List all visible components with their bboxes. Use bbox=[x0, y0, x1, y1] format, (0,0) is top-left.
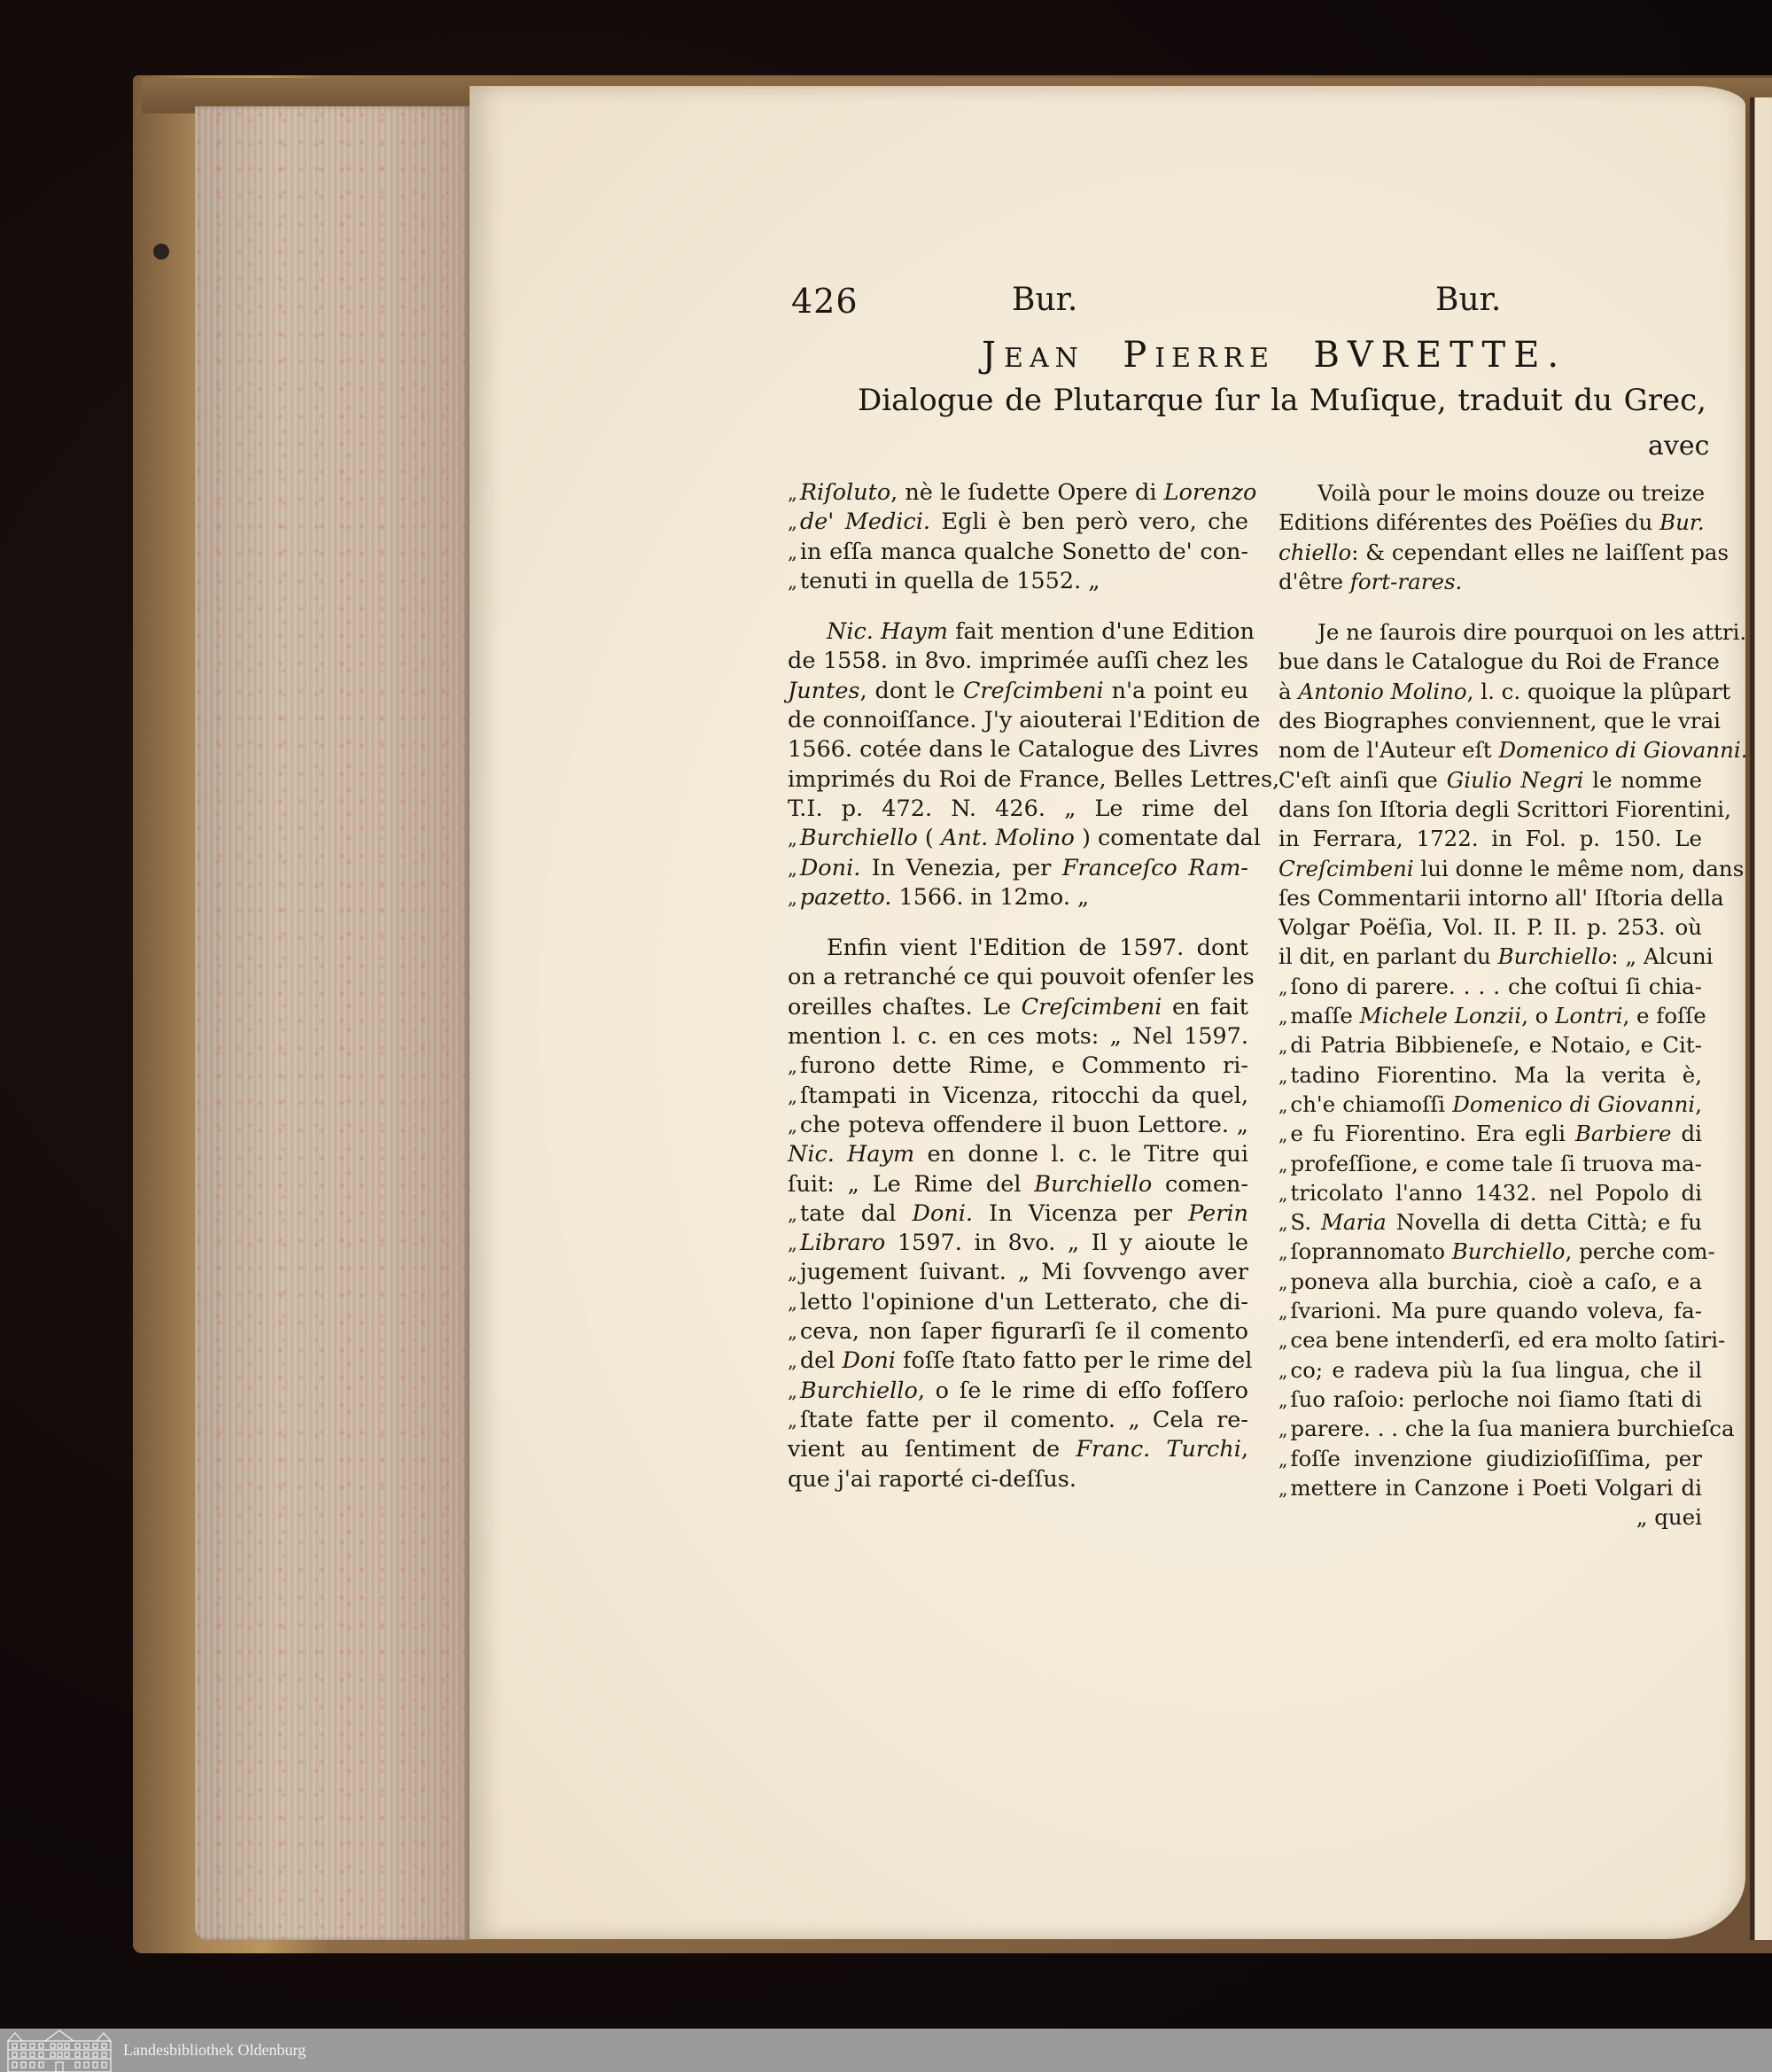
text-line: „tate dal Doni. In Vicenza per Perin bbox=[788, 1199, 1248, 1229]
text-line: „ſvarioni. Ma pure quando voleva, fa- bbox=[1278, 1296, 1702, 1325]
text-line: „che poteva offendere il buon Lettore. „ bbox=[788, 1111, 1248, 1140]
quotation-mark: „ bbox=[1278, 1006, 1287, 1028]
quotation-mark: „ bbox=[788, 828, 797, 850]
text-line: chiello: & cependant elles ne laiſſent p… bbox=[1278, 538, 1702, 567]
facing-page-edge bbox=[1750, 97, 1772, 1940]
roman-text: : „ Alcuni bbox=[1611, 943, 1713, 969]
italic-text: Creſcimbeni bbox=[963, 678, 1104, 704]
text-line: „ſtampati in Vicenza, ritocchi da quel, bbox=[788, 1082, 1248, 1111]
roman-text: ſtampati in Vicenza, ritocchi da quel, bbox=[800, 1083, 1248, 1109]
quotation-mark: „ bbox=[788, 1086, 797, 1107]
text-line: T.I. p. 472. N. 426. „ Le rime del bbox=[788, 795, 1248, 824]
italic-text: Creſcimbeni bbox=[1022, 994, 1162, 1020]
text-line: Je ne ſaurois dire pourquoi on les attri… bbox=[1278, 617, 1702, 647]
roman-text: In Venezia, per bbox=[860, 855, 1061, 881]
quotation-mark: „ bbox=[1278, 1272, 1287, 1293]
text-line: „foſſe invenzione giudizioſiſſima, per bbox=[1278, 1444, 1702, 1473]
quotation-mark: „ bbox=[1278, 1066, 1287, 1087]
roman-text: en fait bbox=[1162, 994, 1248, 1020]
quotation-mark: „ bbox=[1278, 1124, 1287, 1145]
roman-text: oreilles chaſtes. Le bbox=[788, 994, 1022, 1020]
quotation-mark: „ bbox=[1278, 1390, 1287, 1411]
quotation-mark: „ bbox=[788, 1115, 797, 1137]
roman-text: ( bbox=[918, 825, 941, 851]
text-line: „tenuti in quella de 1552. „ bbox=[788, 567, 1248, 596]
paragraph-gap bbox=[788, 912, 1248, 934]
quotation-mark: „ bbox=[788, 1322, 797, 1343]
text-line: d'être fort-rares. bbox=[1278, 567, 1702, 596]
page-number: 426 bbox=[791, 282, 859, 321]
roman-text: , bbox=[1241, 1436, 1248, 1463]
author-surname: BVRETTE. bbox=[1314, 335, 1567, 376]
quotation-mark: „ bbox=[788, 571, 797, 593]
roman-text: che poteva offendere il buon Lettore. „ bbox=[800, 1112, 1248, 1138]
roman-text: del bbox=[800, 1347, 843, 1374]
text-line: „Doni. In Venezia, per Franceſco Ram- bbox=[788, 854, 1248, 883]
italic-text: Lontri bbox=[1555, 1003, 1622, 1028]
text-line: „ſoprannomato Burchiello, perche com- bbox=[1278, 1237, 1702, 1266]
text-line: „parere. . . che la ſua maniera burchieſ… bbox=[1278, 1414, 1702, 1443]
roman-text: foſſe ſtato fatto per le rime del bbox=[896, 1347, 1253, 1374]
running-head-left: Bur. bbox=[1012, 282, 1077, 318]
quotation-mark: „ bbox=[788, 1351, 797, 1372]
roman-text: tricolato l'anno 1432. nel Popolo di bbox=[1290, 1180, 1702, 1206]
text-line: „del Doni foſſe ſtato fatto per le rime … bbox=[788, 1346, 1248, 1376]
text-line: „di Patria Bibbieneſe, e Notaio, e Cit- bbox=[1278, 1030, 1702, 1059]
roman-text: ſono di parere. . . . che coſtui ſi chia… bbox=[1290, 974, 1702, 999]
text-line: „Burchiello ( Ant. Molino ) comentate da… bbox=[788, 824, 1248, 853]
paragraph-gap bbox=[788, 596, 1248, 617]
text-line: in Ferrara, 1722. in Fol. p. 150. Le bbox=[1278, 824, 1702, 853]
roman-text: ſtate fatte per il comento. „ Cela re- bbox=[800, 1407, 1248, 1433]
roman-text: , e foſſe bbox=[1622, 1003, 1706, 1028]
text-line: „tadino Fiorentino. Ma la verita è, bbox=[1278, 1060, 1702, 1090]
roman-text: Je ne ſaurois dire pourquoi on les attri… bbox=[1317, 619, 1746, 645]
roman-text: de connoiſſance. J'y aiouterai l'Edition… bbox=[788, 707, 1260, 733]
italic-text: Franceſco Ram- bbox=[1062, 855, 1248, 881]
roman-text: tadino Fiorentino. Ma la verita è, bbox=[1290, 1062, 1702, 1088]
roman-text: : & cependant elles ne laiſſent pas bbox=[1351, 539, 1729, 565]
italic-text: Domenico di Giovanni. bbox=[1498, 737, 1747, 763]
roman-text: ſoprannomato bbox=[1290, 1238, 1451, 1264]
text-line: on a retranché ce qui pouvoit ofenſer le… bbox=[788, 963, 1248, 992]
quotation-mark: „ bbox=[788, 512, 797, 533]
roman-text: e fu Fiorentino. Era egli bbox=[1290, 1121, 1575, 1146]
text-line: ſuit: „ Le Rime del Burchiello comen- bbox=[788, 1170, 1248, 1199]
roman-text: vient au ſentiment de bbox=[788, 1436, 1076, 1463]
roman-text: cea bene intenderſi, ed era molto ſatiri… bbox=[1290, 1327, 1725, 1353]
text-line: „pazetto. 1566. in 12mo. „ bbox=[788, 883, 1248, 912]
quotation-mark: „ bbox=[788, 1292, 797, 1314]
text-line: „Libraro 1597. in 8vo. „ Il y aioute le bbox=[788, 1229, 1248, 1258]
text-line: nom de l'Auteur eſt Domenico di Giovanni… bbox=[1278, 735, 1702, 764]
quotation-mark: „ bbox=[1278, 1361, 1287, 1382]
roman-text: „ quei bbox=[1636, 1504, 1702, 1530]
roman-text: il dit, en parlant du bbox=[1278, 943, 1498, 969]
roman-text: poneva alla burchia, cioè a caſo, e a bbox=[1290, 1269, 1702, 1294]
italic-text: Creſcimbeni bbox=[1278, 856, 1414, 881]
italic-text: Lorenzo bbox=[1164, 479, 1257, 506]
roman-text: le nomme bbox=[1583, 767, 1702, 793]
roman-text: Volgar Poëſia, Vol. II. P. II. p. 253. o… bbox=[1278, 914, 1702, 940]
text-line: „Riſoluto, nè le ſudette Opere di Lorenz… bbox=[788, 478, 1248, 508]
quotation-mark: „ bbox=[1278, 977, 1287, 998]
italic-text: Doni. bbox=[800, 855, 860, 881]
roman-text: Editions diférentes des Poëſies du bbox=[1278, 509, 1659, 535]
roman-text: foſſe invenzione giudizioſiſſima, per bbox=[1290, 1446, 1702, 1471]
text-line: de 1558. in 8vo. imprimée auſſi chez les bbox=[788, 647, 1248, 676]
italic-text: Libraro bbox=[800, 1230, 885, 1256]
text-line: „ſuo raſoio: perloche noi ſiamo ſtati di bbox=[1278, 1385, 1702, 1414]
italic-text: Burchiello bbox=[800, 825, 918, 851]
text-line: „jugement ſuivant. „ Mi ſovvengo aver bbox=[788, 1258, 1248, 1287]
running-head-right: Bur. bbox=[1435, 282, 1501, 318]
roman-text: ) comentate dal bbox=[1075, 825, 1261, 851]
text-line: oreilles chaſtes. Le Creſcimbeni en fait bbox=[788, 993, 1248, 1022]
italic-text: Michele Lonzii bbox=[1360, 1003, 1521, 1028]
italic-text: Burchiello bbox=[1498, 943, 1612, 969]
text-line: „tricolato l'anno 1432. nel Popolo di bbox=[1278, 1178, 1702, 1207]
quotation-mark: „ bbox=[788, 888, 797, 909]
text-line: „in eſſa manca qualche Sonetto de' con- bbox=[788, 538, 1248, 567]
text-line: Creſcimbeni lui donne le même nom, dans bbox=[1278, 854, 1702, 883]
roman-text: bue dans le Catalogue du Roi de France bbox=[1278, 648, 1720, 674]
roman-text: dans ſon Iſtoria degli Scrittori Fiorent… bbox=[1278, 796, 1731, 822]
text-line: Editions diférentes des Poëſies du Bur. bbox=[1278, 508, 1702, 537]
quotation-mark: „ bbox=[788, 1233, 797, 1254]
text-line: „S. Maria Novella di detta Città; e fu bbox=[1278, 1207, 1702, 1237]
text-line: „cea bene intenderſi, ed era molto ſatir… bbox=[1278, 1325, 1702, 1354]
roman-text: Novella di detta Città; e fu bbox=[1387, 1209, 1702, 1235]
roman-text: jugement ſuivant. „ Mi ſovvengo aver bbox=[800, 1259, 1248, 1285]
roman-text: comen- bbox=[1152, 1171, 1248, 1198]
quotation-mark: „ bbox=[788, 1056, 797, 1077]
roman-text: ſes Commentarii intorno all' Iſtoria del… bbox=[1278, 885, 1724, 911]
text-line: à Antonio Molino, l. c. quoique la plûpa… bbox=[1278, 677, 1702, 706]
entry-author-heading: JEAN PIERRE BVRETTE. bbox=[982, 335, 1566, 376]
roman-text: C'eſt ainſi que bbox=[1278, 767, 1447, 793]
text-line: C'eſt ainſi que Giulio Negri le nomme bbox=[1278, 765, 1702, 795]
italic-text: Nic. Haym bbox=[788, 1141, 914, 1168]
italic-text: Ant. Molino bbox=[941, 825, 1075, 851]
roman-text: mention l. c. en ces mots: „ Nel 1597. bbox=[788, 1023, 1248, 1050]
roman-text: lui donne le même nom, dans bbox=[1414, 856, 1745, 881]
quotation-mark: „ bbox=[1278, 1213, 1287, 1234]
text-line: „co; e radeva più la ſua lingua, che il bbox=[1278, 1355, 1702, 1385]
roman-text: ch'e chiamoſſi bbox=[1290, 1091, 1452, 1117]
text-line: „profeſſione, e come tale ſi truova ma- bbox=[1278, 1149, 1702, 1178]
roman-text: à bbox=[1278, 679, 1298, 704]
quotation-mark: „ bbox=[1278, 1095, 1287, 1116]
italic-text: Burchiello bbox=[800, 1377, 918, 1404]
quotation-mark: „ bbox=[1278, 1449, 1287, 1471]
text-line: Volgar Poëſia, Vol. II. P. II. p. 253. o… bbox=[1278, 912, 1702, 942]
roman-text: parere. . . che la ſua maniera burchieſc… bbox=[1290, 1416, 1734, 1441]
text-line: bue dans le Catalogue du Roi de France bbox=[1278, 647, 1702, 676]
text-line: „furono dette Rime, e Commento ri- bbox=[788, 1052, 1248, 1081]
text-line: Nic. Haym fait mention d'une Edition bbox=[788, 617, 1248, 647]
text-line: „maſſe Michele Lonzii, o Lontri, e foſſe bbox=[1278, 1001, 1702, 1030]
roman-text: in eſſa manca qualche Sonetto de' con- bbox=[800, 539, 1248, 565]
text-line: „ſtate fatte per il comento. „ Cela re- bbox=[788, 1406, 1248, 1435]
author-second-rest: IERRE bbox=[1154, 343, 1275, 374]
italic-text: Antonio Molino bbox=[1298, 679, 1466, 704]
cover-pin bbox=[153, 244, 169, 260]
entry-work-title: Dialogue de Plutarque ſur la Muſique, tr… bbox=[858, 383, 1706, 418]
quotation-mark: „ bbox=[1278, 1419, 1287, 1440]
roman-text: , nè le ſudette Opere di bbox=[890, 479, 1163, 506]
roman-text: co; e radeva più la ſua lingua, che il bbox=[1290, 1357, 1702, 1383]
author-second-initial: P bbox=[1123, 335, 1154, 376]
roman-text: , o ſe le rime di eſſo foſſero bbox=[918, 1377, 1248, 1404]
italic-text: de' Medici. bbox=[800, 508, 930, 535]
italic-text: Nic. Haym bbox=[827, 618, 948, 645]
italic-text: Juntes bbox=[788, 678, 860, 704]
text-line: mention l. c. en ces mots: „ Nel 1597. bbox=[788, 1022, 1248, 1052]
text-line: Enfin vient l'Edition de 1597. dont bbox=[788, 934, 1248, 963]
roman-text: di bbox=[1671, 1121, 1702, 1146]
text-line: Voilà pour le moins douze ou treize bbox=[1278, 478, 1702, 508]
roman-text: , o bbox=[1521, 1003, 1555, 1028]
text-line: 1566. cotée dans le Catalogue des Livres bbox=[788, 735, 1248, 764]
roman-text: que j'ai raporté ci-deſſus. bbox=[788, 1466, 1076, 1493]
text-line: imprimés du Roi de France, Belles Lettre… bbox=[788, 765, 1248, 795]
text-line: Nic. Haym en donne l. c. le Titre qui bbox=[788, 1140, 1248, 1169]
quotation-mark: „ bbox=[1278, 1331, 1287, 1352]
roman-text: ſvarioni. Ma pure quando voleva, fa- bbox=[1290, 1298, 1702, 1323]
quotation-mark: „ bbox=[788, 1204, 797, 1225]
roman-text: in Ferrara, 1722. in Fol. p. 150. Le bbox=[1278, 826, 1702, 851]
italic-text: pazetto. bbox=[800, 884, 892, 911]
text-line: vient au ſentiment de Franc. Turchi, bbox=[788, 1435, 1248, 1464]
roman-text: tenuti in quella de 1552. „ bbox=[800, 568, 1100, 594]
roman-text: profeſſione, e come tale ſi truova ma- bbox=[1290, 1151, 1702, 1176]
text-line: „ quei bbox=[1278, 1502, 1702, 1532]
italic-text: chiello bbox=[1278, 539, 1351, 565]
roman-text: maſſe bbox=[1290, 1003, 1359, 1028]
text-line: ſes Commentarii intorno all' Iſtoria del… bbox=[1278, 883, 1702, 912]
italic-text: Doni. bbox=[913, 1200, 973, 1227]
text-line: „ſono di parere. . . . che coſtui ſi chi… bbox=[1278, 972, 1702, 1001]
text-line: „e fu Fiorentino. Era egli Barbiere di bbox=[1278, 1119, 1702, 1148]
text-line: dans ſon Iſtoria degli Scrittori Fiorent… bbox=[1278, 795, 1702, 824]
roman-text: fait mention d'une Edition bbox=[948, 618, 1255, 645]
footer-bar: Landesbibliothek Oldenburg bbox=[0, 2029, 1772, 2072]
text-line: „letto l'opinione d'un Letterato, che di… bbox=[788, 1288, 1248, 1317]
roman-text: tate dal bbox=[800, 1200, 913, 1227]
roman-text: Egli è ben però vero, che bbox=[930, 508, 1248, 535]
text-column-left: „Riſoluto, nè le ſudette Opere di Lorenz… bbox=[788, 478, 1248, 1494]
text-line: „poneva alla burchia, cioè a caſo, e a bbox=[1278, 1267, 1702, 1296]
italic-text: Domenico di Giovanni bbox=[1452, 1091, 1695, 1117]
italic-text: Perin bbox=[1188, 1200, 1248, 1227]
roman-text: imprimés du Roi de France, Belles Lettre… bbox=[788, 766, 1279, 793]
text-line: des Biographes conviennent, que le vrai bbox=[1278, 706, 1702, 735]
roman-text: furono dette Rime, e Commento ri- bbox=[800, 1052, 1248, 1079]
text-line: „Burchiello, o ſe le rime di eſſo foſſer… bbox=[788, 1377, 1248, 1406]
roman-text: 1566. cotée dans le Catalogue des Livres bbox=[788, 736, 1259, 763]
text-line: „ch'e chiamoſſi Domenico di Giovanni, bbox=[1278, 1090, 1702, 1119]
library-building-icon bbox=[4, 2029, 114, 2072]
quotation-mark: „ bbox=[1278, 1301, 1287, 1323]
roman-text: ceva, non ſaper figurarſi ſe il comento bbox=[800, 1318, 1248, 1345]
text-line: „ceva, non ſaper figurarſi ſe il comento bbox=[788, 1317, 1248, 1346]
roman-text: 1566. in 12mo. „ bbox=[891, 884, 1089, 911]
author-first-initial: J bbox=[982, 335, 1004, 376]
text-line: „mettere in Canzone i Poeti Volgari di bbox=[1278, 1473, 1702, 1502]
italic-text: Giulio Negri bbox=[1447, 767, 1584, 793]
roman-text: di Patria Bibbieneſe, e Notaio, e Cit- bbox=[1290, 1032, 1702, 1058]
quotation-mark: „ bbox=[1278, 1183, 1287, 1205]
institution-name: Landesbibliothek Oldenburg bbox=[123, 2041, 306, 2060]
roman-text: on a retranché ce qui pouvoit ofenſer le… bbox=[788, 964, 1255, 990]
text-line: „de' Medici. Egli è ben però vero, che bbox=[788, 508, 1248, 537]
roman-text: d'être bbox=[1278, 569, 1350, 594]
italic-text: Burchiello bbox=[1034, 1171, 1152, 1198]
paragraph-gap bbox=[1278, 596, 1702, 617]
quotation-mark: „ bbox=[1278, 1478, 1287, 1500]
roman-text: , l. c. quoique la plûpart bbox=[1467, 679, 1730, 704]
quotation-mark: „ bbox=[788, 858, 797, 880]
roman-text: ſuit: „ Le Rime del bbox=[788, 1171, 1034, 1198]
quotation-mark: „ bbox=[788, 1410, 797, 1432]
text-column-right: Voilà pour le moins douze ou treizeEditi… bbox=[1278, 478, 1702, 1532]
text-line: Juntes, dont le Creſcimbeni n'a point eu bbox=[788, 677, 1248, 706]
page-fore-edge bbox=[195, 106, 470, 1940]
italic-text: Bur. bbox=[1659, 509, 1705, 535]
roman-text: S. bbox=[1290, 1209, 1321, 1235]
roman-text: des Biographes conviennent, que le vrai bbox=[1278, 708, 1721, 733]
quotation-mark: „ bbox=[788, 483, 797, 504]
author-first-rest: EAN bbox=[1004, 343, 1084, 374]
roman-text: , bbox=[1695, 1091, 1702, 1117]
text-line: il dit, en parlant du Burchiello: „ Alcu… bbox=[1278, 942, 1702, 971]
roman-text: In Vicenza per bbox=[973, 1200, 1188, 1227]
quotation-mark: „ bbox=[788, 1381, 797, 1402]
roman-text: letto l'opinione d'un Letterato, che di- bbox=[800, 1289, 1248, 1315]
roman-text: n'a point eu bbox=[1104, 678, 1248, 704]
roman-text: de 1558. in 8vo. imprimée auſſi chez les bbox=[788, 648, 1248, 674]
quotation-mark: „ bbox=[788, 542, 797, 563]
roman-text: T.I. p. 472. N. 426. „ Le rime del bbox=[788, 795, 1248, 822]
text-line: que j'ai raporté ci-deſſus. bbox=[788, 1465, 1248, 1494]
roman-text: 1597. in 8vo. „ Il y aioute le bbox=[885, 1230, 1248, 1256]
italic-text: Riſoluto bbox=[800, 479, 890, 506]
quotation-mark: „ bbox=[788, 1262, 797, 1284]
quotation-mark: „ bbox=[1278, 1154, 1287, 1176]
italic-text: Maria bbox=[1321, 1209, 1387, 1235]
italic-text: Barbiere bbox=[1575, 1121, 1672, 1146]
roman-text: Enfin vient l'Edition de 1597. dont bbox=[827, 935, 1248, 961]
roman-text: ſuo raſoio: perloche noi ſiamo ſtati di bbox=[1290, 1386, 1702, 1412]
roman-text: , perche com- bbox=[1566, 1238, 1715, 1264]
text-line: de connoiſſance. J'y aiouterai l'Edition… bbox=[788, 706, 1248, 735]
roman-text: en donne l. c. le Titre qui bbox=[914, 1141, 1248, 1168]
roman-text: nom de l'Auteur eſt bbox=[1278, 737, 1498, 763]
quotation-mark: „ bbox=[1278, 1036, 1287, 1057]
quotation-mark: „ bbox=[1278, 1242, 1287, 1263]
italic-text: Burchiello bbox=[1452, 1238, 1566, 1264]
roman-text: , dont le bbox=[860, 678, 963, 704]
roman-text: Voilà pour le moins douze ou treize bbox=[1317, 480, 1705, 506]
roman-text: mettere in Canzone i Poeti Volgari di bbox=[1290, 1475, 1702, 1501]
italic-text: Franc. Turchi bbox=[1076, 1436, 1241, 1463]
italic-text: Doni bbox=[843, 1347, 896, 1374]
italic-text: fort-rares. bbox=[1350, 569, 1463, 594]
entry-work-title-continuation: avec bbox=[1648, 431, 1709, 462]
